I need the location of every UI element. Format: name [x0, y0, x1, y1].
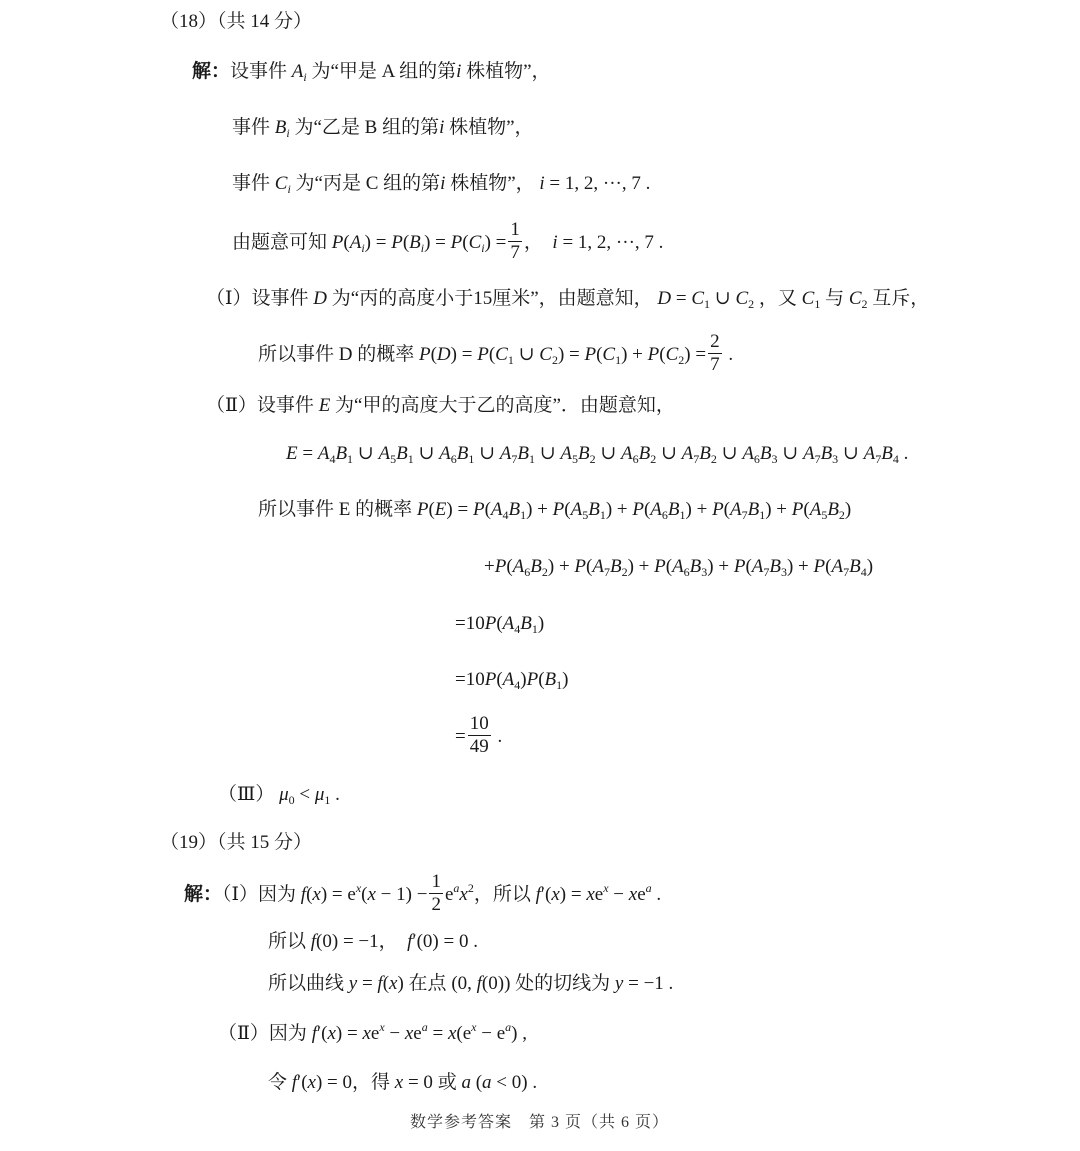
def-c-prefix: 事件	[232, 173, 275, 194]
fraction-two-sevenths: 27	[708, 332, 722, 376]
page-footer: 数学参考答案 第 3 页（共 6 页）	[410, 1115, 669, 1131]
q18-def-c: 事件 Ci 为“丙是 C 组的第i 株植物”， i = 1, 2, ···, 7…	[232, 174, 650, 193]
solution-label: 解：	[192, 61, 230, 82]
q18-step2: =10P(A4)P(B1)	[455, 670, 568, 689]
q18-def-b: 事件 Bi 为“乙是 B 组的第i 株植物”，	[232, 118, 534, 137]
q18-step1: =10P(A4B1)	[455, 614, 544, 633]
part1-line2-prefix: 所以事件 D 的概率	[258, 344, 419, 365]
def-a-text2: 株植物”，	[461, 61, 550, 82]
q19-header: （19）（共 15 分）	[160, 833, 312, 852]
q19-part1-line1: 解：（Ⅰ）因为 f(x) = ex(x − 1) −12eax2，所以 f′(x…	[184, 874, 661, 918]
q19-part2-label: （Ⅱ）	[218, 1023, 269, 1044]
def-c-text: 为“丙是 C 组的第	[291, 173, 440, 194]
q18-result: =1049 .	[455, 716, 502, 760]
def-b-text: 为“乙是 B 组的第	[290, 117, 439, 138]
fraction-ten-over-49: 1049	[468, 714, 491, 758]
part1-label: （Ⅰ）	[206, 288, 252, 309]
part3-label: （Ⅲ）	[218, 784, 274, 805]
q18-union-expression: E = A4B1 ∪ A5B1 ∪ A6B1 ∪ A7B1 ∪ A5B2 ∪ A…	[286, 444, 908, 463]
q19-part2-line1: （Ⅱ）因为 f′(x) = xex − xea = x(ex − ea) ,	[218, 1024, 527, 1043]
q19-part1-line3: 所以曲线 y = f(x) 在点 (0, f(0)) 处的切线为 y = −1 …	[268, 974, 673, 993]
q19-part1-label: （Ⅰ）	[222, 884, 258, 905]
q19-part2-line2: 令 f′(x) = 0，得 x = 0 或 a (a < 0) .	[268, 1073, 537, 1092]
prob-line-prefix: 由题意可知	[232, 232, 332, 253]
var-a: A	[292, 61, 304, 82]
q18-part3: （Ⅲ） μ0 < μ1 .	[218, 785, 340, 804]
def-b-prefix: 事件	[232, 117, 275, 138]
def-b-text2: 株植物”，	[444, 117, 533, 138]
q18-prob-e-line2: +P(A6B2) + P(A7B2) + P(A6B3) + P(A7B3) +…	[484, 557, 873, 576]
def-a-text: 为“甲是 A 组的第	[307, 61, 456, 82]
q19-solution-label: 解：	[184, 884, 222, 905]
def-c-text2: 株植物”，	[445, 173, 534, 194]
part2-label: （Ⅱ）	[206, 395, 257, 416]
q19-part1-line2: 所以 f(0) = −1， f′(0) = 0 .	[268, 932, 478, 951]
fraction-one-half: 12	[429, 872, 443, 916]
q18-prob-line: 由题意可知 P(Ai) = P(Bi) = P(Ci) =17， i = 1, …	[232, 222, 663, 266]
q18-part2-line1: （Ⅱ）设事件 E 为“甲的高度大于乙的高度”．由题意知，	[206, 396, 675, 415]
prob-e-prefix: 所以事件 E 的概率	[258, 499, 417, 520]
q18-def-a: 解：设事件 Ai 为“甲是 A 组的第i 株植物”，	[192, 62, 551, 81]
fraction-one-seventh: 17	[508, 220, 522, 264]
q18-part1-line2: 所以事件 D 的概率 P(D) = P(C1 ∪ C2) = P(C1) + P…	[258, 334, 733, 378]
q18-header: （18）（共 14 分）	[160, 12, 312, 31]
q18-prob-e-line1: 所以事件 E 的概率 P(E) = P(A4B1) + P(A5B1) + P(…	[258, 500, 851, 519]
q18-part1-line1: （Ⅰ）设事件 D 为“丙的高度小于15厘米”，由题意知， D = C1 ∪ C2…	[206, 289, 929, 308]
def-a-prefix: 设事件	[230, 61, 292, 82]
def-c-range: i = 1, 2, ···, 7 .	[539, 173, 650, 194]
